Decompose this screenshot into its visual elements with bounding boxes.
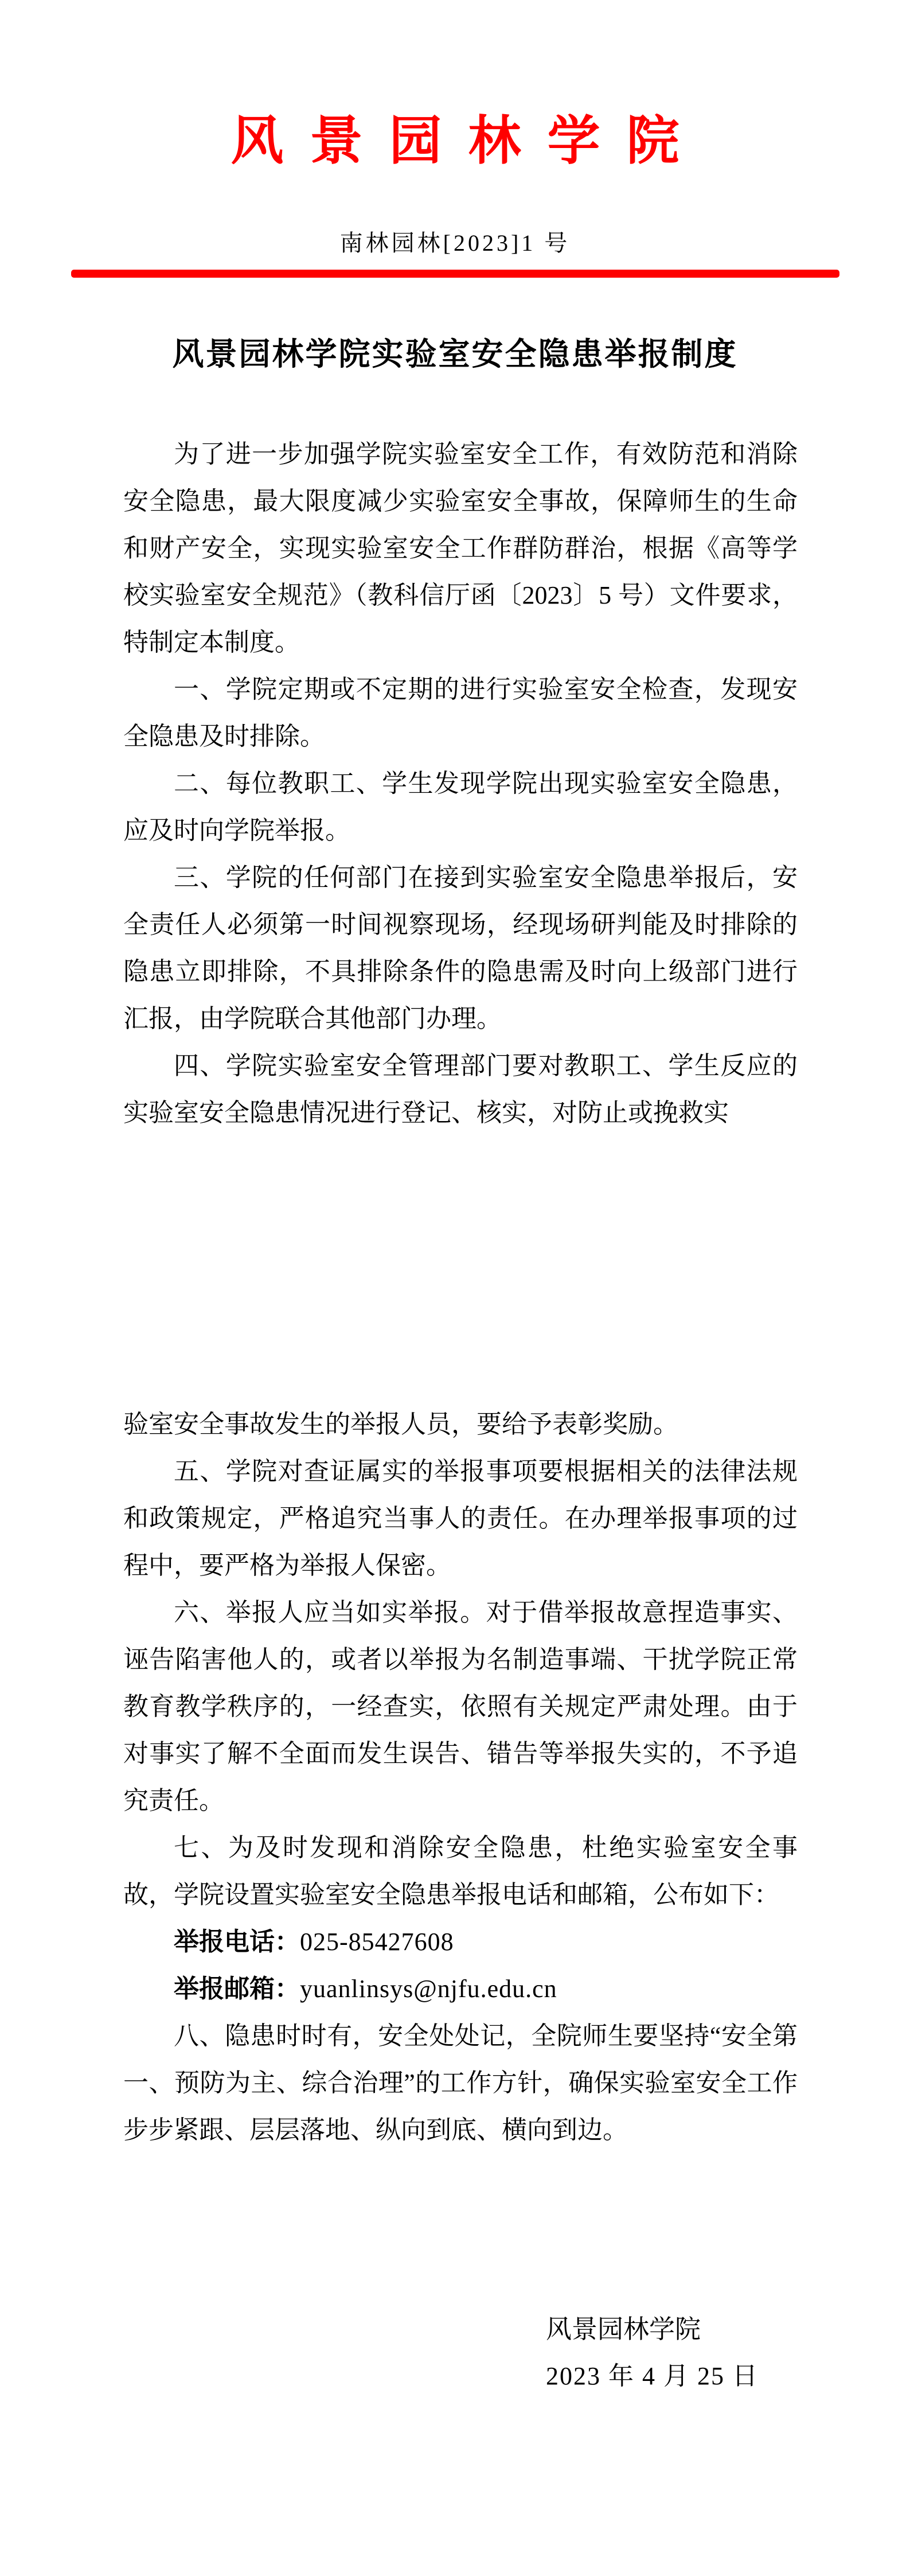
page2-body: 验室安全事故发生的举报人员，要给予表彰奖励。 五、学院对查证属实的举报事项要根据… xyxy=(123,1401,798,2154)
document-number: 南林园林[2023]1 号 xyxy=(0,229,910,257)
page1-body: 为了进一步加强学院实验室安全工作，有效防范和消除安全隐患，最大限度减少实验室安全… xyxy=(123,431,798,1137)
signature-institution: 风景园林学院 xyxy=(546,2306,701,2353)
letterhead: 风景园林学院 xyxy=(0,112,910,170)
paragraph-item-4: 四、学院实验室安全管理部门要对教职工、学生反应的实验室安全隐患情况进行登记、核实… xyxy=(123,1042,798,1137)
report-email-value: yuanlinsys@njfu.edu.cn xyxy=(300,1975,557,2003)
paragraph-item-3: 三、学院的任何部门在接到实验室安全隐患举报后，安全责任人必须第一时间视察现场，经… xyxy=(123,854,798,1042)
report-phone-label: 举报电话： xyxy=(174,1928,300,1956)
paragraph-item-6: 六、举报人应当如实举报。对于借举报故意捏造事实、诬告陷害他人的，或者以举报为名制… xyxy=(123,1589,798,1824)
paragraph-intro: 为了进一步加强学院实验室安全工作，有效防范和消除安全隐患，最大限度减少实验室安全… xyxy=(123,431,798,666)
official-document-page: 风景园林学院 南林园林[2023]1 号 风景园林学院实验室安全隐患举报制度 为… xyxy=(0,0,910,2576)
report-phone-value: 025-85427608 xyxy=(300,1928,454,1956)
letterhead-divider-rule xyxy=(71,270,839,278)
paragraph-item-7: 七、为及时发现和消除安全隐患，杜绝实验室安全事故，学院设置实验室安全隐患举报电话… xyxy=(123,1824,798,1919)
paragraph-item-2: 二、每位教职工、学生发现学院出现实验室安全隐患，应及时向学院举报。 xyxy=(123,760,798,854)
signature-date: 2023 年 4 月 25 日 xyxy=(546,2353,759,2400)
paragraph-item-1: 一、学院定期或不定期的进行实验室安全检查，发现安全隐患及时排除。 xyxy=(123,666,798,760)
institution-title: 风景园林学院 xyxy=(204,112,705,170)
report-email-line: 举报邮箱：yuanlinsys@njfu.edu.cn xyxy=(123,1966,798,2013)
report-phone-line: 举报电话：025-85427608 xyxy=(123,1919,798,1966)
paragraph-item-5: 五、学院对查证属实的举报事项要根据相关的法律法规和政策规定，严格追究当事人的责任… xyxy=(123,1448,798,1589)
paragraph-item-8: 八、隐患时时有，安全处处记，全院师生要坚持“安全第一、预防为主、综合治理”的工作… xyxy=(123,2013,798,2154)
paragraph-item-4-continuation: 验室安全事故发生的举报人员，要给予表彰奖励。 xyxy=(123,1401,798,1448)
report-email-label: 举报邮箱： xyxy=(174,1975,300,2003)
document-title: 风景园林学院实验室安全隐患举报制度 xyxy=(0,334,910,373)
